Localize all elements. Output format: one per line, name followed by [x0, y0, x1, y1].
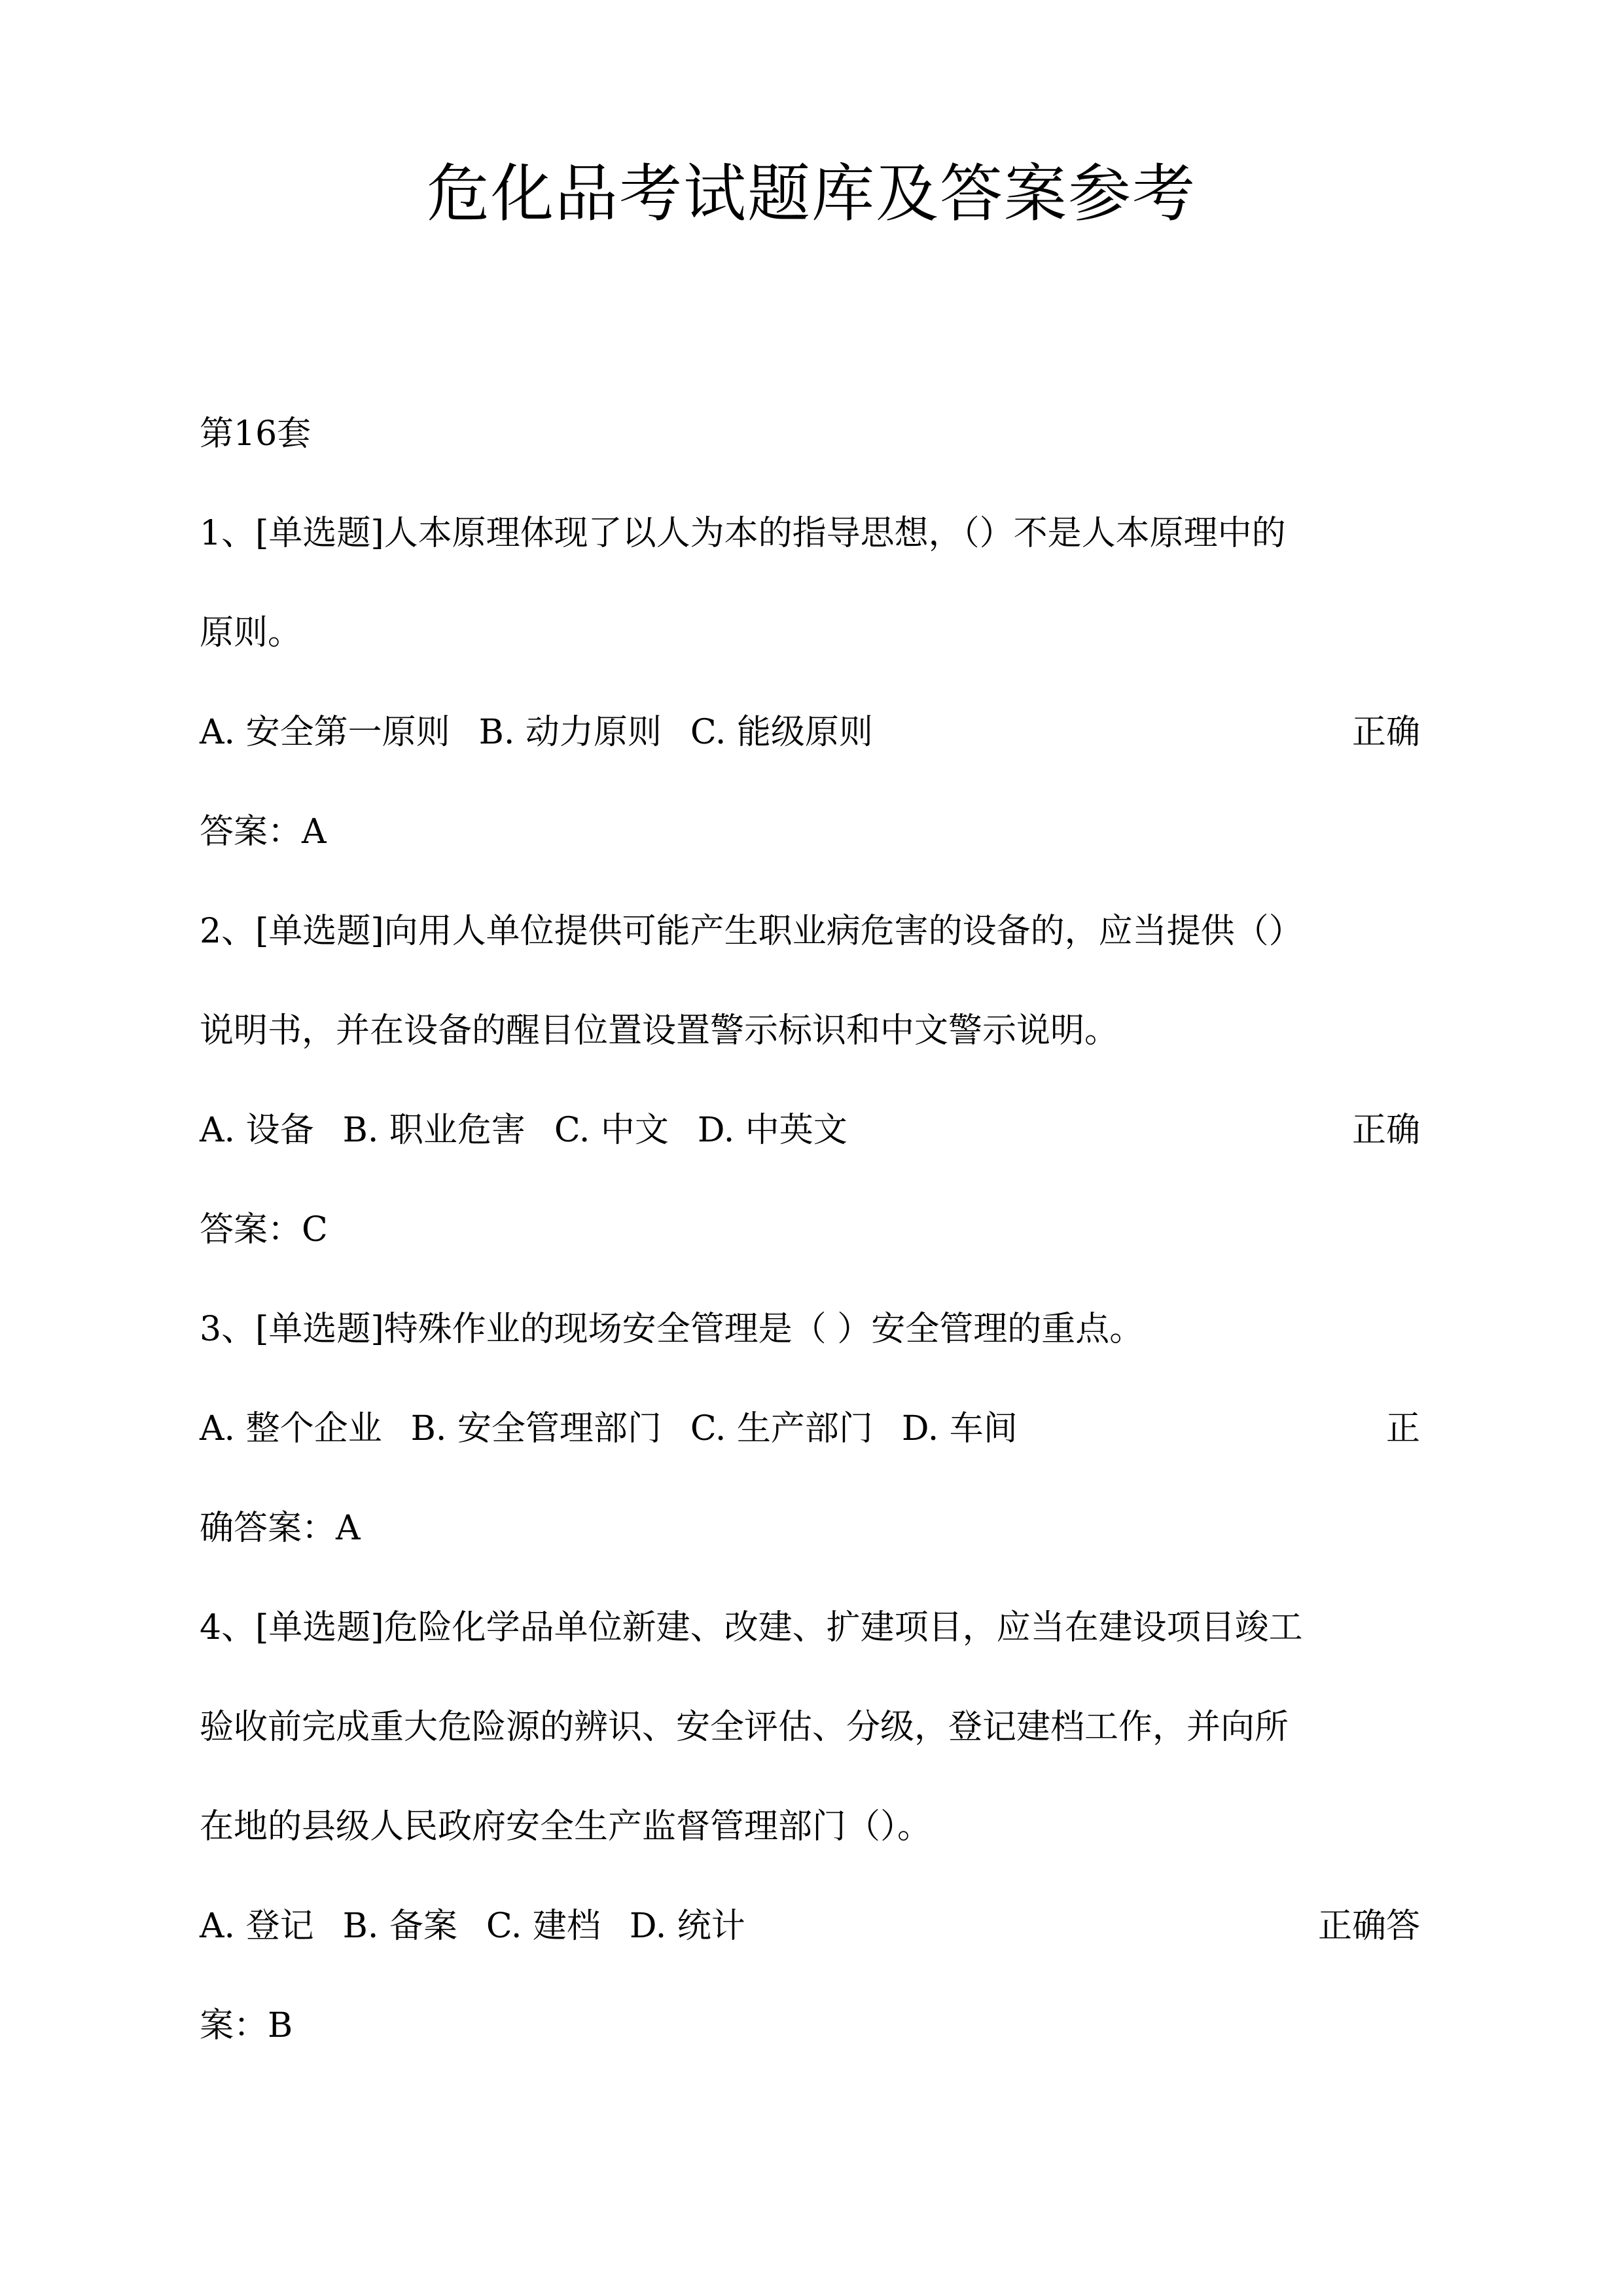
options-row: A. 整个企业 B. 安全管理部门 C. 生产部门 D. 车间 正 [200, 1406, 1420, 1452]
options-list: A. 登记 B. 备案 C. 建档 D. 统计 [200, 1903, 745, 1949]
question-stem-line: 2、[单选题]向用人单位提供可能产生职业病危害的设备的，应当提供（） [200, 908, 1420, 954]
set-label: 第16套 [200, 411, 1420, 457]
option-b: B. 动力原则 [479, 709, 662, 755]
option-c: C. 生产部门 [690, 1406, 873, 1452]
option-a: A. 安全第一原则 [200, 709, 450, 755]
answer-line: 确答案：A [200, 1505, 1420, 1551]
options-row: A. 设备 B. 职业危害 C. 中文 D. 中英文 正确 [200, 1107, 1420, 1153]
answer-prefix: 正确 [1352, 709, 1420, 755]
option-d: D. 中英文 [698, 1107, 847, 1153]
answer-prefix: 正确 [1352, 1107, 1420, 1153]
options-list: A. 整个企业 B. 安全管理部门 C. 生产部门 D. 车间 [200, 1406, 1018, 1452]
option-c: C. 能级原则 [690, 709, 873, 755]
question-stem-line: 说明书，并在设备的醒目位置设置警示标识和中文警示说明。 [200, 1008, 1420, 1054]
option-a: A. 整个企业 [200, 1406, 382, 1452]
answer-line: 答案：A [200, 809, 1420, 855]
option-a: A. 设备 [200, 1107, 314, 1153]
option-b: B. 安全管理部门 [411, 1406, 662, 1452]
document-title: 危化品考试题库及答案参考 [0, 154, 1623, 233]
question-stem-line: 3、[单选题]特殊作业的现场安全管理是（ ）安全管理的重点。 [200, 1306, 1420, 1352]
question-stem-line: 验收前完成重大危险源的辨识、安全评估、分级，登记建档工作，并向所 [200, 1704, 1420, 1750]
option-a: A. 登记 [200, 1903, 314, 1949]
option-b: B. 职业危害 [343, 1107, 526, 1153]
option-d: D. 车间 [902, 1406, 1018, 1452]
answer-prefix: 正确答 [1318, 1903, 1420, 1949]
question-stem-line: 1、[单选题]人本原理体现了以人为本的指导思想，（）不是人本原理中的 [200, 511, 1420, 556]
option-b: B. 备案 [343, 1903, 457, 1949]
answer-line: 答案：C [200, 1207, 1420, 1253]
options-list: A. 安全第一原则 B. 动力原则 C. 能级原则 [200, 709, 873, 755]
question-stem-line: 在地的县级人民政府安全生产监督管理部门（）。 [200, 1804, 1420, 1850]
option-c: C. 建档 [486, 1903, 601, 1949]
question-stem-line: 4、[单选题]危险化学品单位新建、改建、扩建项目，应当在建设项目竣工 [200, 1605, 1420, 1651]
options-list: A. 设备 B. 职业危害 C. 中文 D. 中英文 [200, 1107, 847, 1153]
options-row: A. 安全第一原则 B. 动力原则 C. 能级原则 正确 [200, 709, 1420, 755]
answer-prefix: 正 [1386, 1406, 1420, 1452]
answer-line: 案：B [200, 2003, 1420, 2049]
options-row: A. 登记 B. 备案 C. 建档 D. 统计 正确答 [200, 1903, 1420, 1949]
option-c: C. 中文 [554, 1107, 669, 1153]
option-d: D. 统计 [630, 1903, 745, 1949]
document-page: 危化品考试题库及答案参考 第16套 1、[单选题]人本原理体现了以人为本的指导思… [0, 0, 1623, 2296]
question-stem-line: 原则。 [200, 610, 1420, 656]
